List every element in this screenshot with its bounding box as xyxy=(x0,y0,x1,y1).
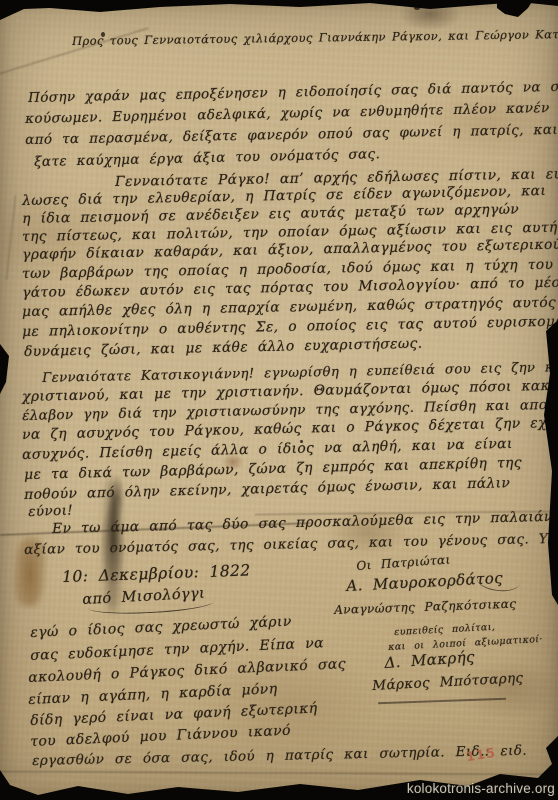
place-line: από Μισολόγγι xyxy=(82,587,206,608)
signature: ευπειθείς πολίται, xyxy=(394,623,496,638)
exclamation-line: εύνοι! xyxy=(28,504,73,519)
signature: Μάρκος Μπότσαρης xyxy=(372,672,524,693)
signature: Δ. Μακρής xyxy=(384,650,475,671)
signature: Οι Πατριώται xyxy=(356,553,451,572)
signature: Αναγνώστης Ραζηκότσικας xyxy=(334,598,517,616)
signature-underline xyxy=(378,698,506,704)
postscript-line: του αδελφού μου Γιάννου ικανό xyxy=(30,724,291,749)
date-line: 10: Δεκεμβρίου: 1822 xyxy=(62,563,251,585)
handwritten-line: δυνάμεις ζώσι, και με κάθε άλλο ευχαριστ… xyxy=(24,338,423,360)
fold-crease xyxy=(6,195,17,280)
signature: Α. Μαυροκορδάτος xyxy=(346,571,503,594)
handwritten-line: από τα περασμένα, δείξατε φανερόν οπού σ… xyxy=(25,123,558,147)
letter-heading: Προς τους Γενναιοτάτους χιλιάρχους Γιανν… xyxy=(72,28,558,47)
handwritten-line: με πηλιοκονίτην ο αυθέντης Σε, ο οποίος … xyxy=(22,315,558,340)
scanned-letter-photo: Προς τους Γενναιοτάτους χιλιάρχους Γιανν… xyxy=(0,0,558,800)
postscript-line: εγώ ο ίδιος σας χρεωστώ χάριν xyxy=(30,615,292,640)
postscript-line: εργασθών σε όσα σας, ιδού η πατρίς και σ… xyxy=(32,745,527,769)
fold-crease xyxy=(0,771,558,776)
handwritten-line: ξατε καύχημα έργα άξια του ονόματός σας. xyxy=(34,148,380,169)
watermark: kolokotronis-archive.org xyxy=(407,781,555,796)
letter-paper: Προς τους Γενναιοτάτους χιλιάρχους Γιανν… xyxy=(0,0,558,800)
